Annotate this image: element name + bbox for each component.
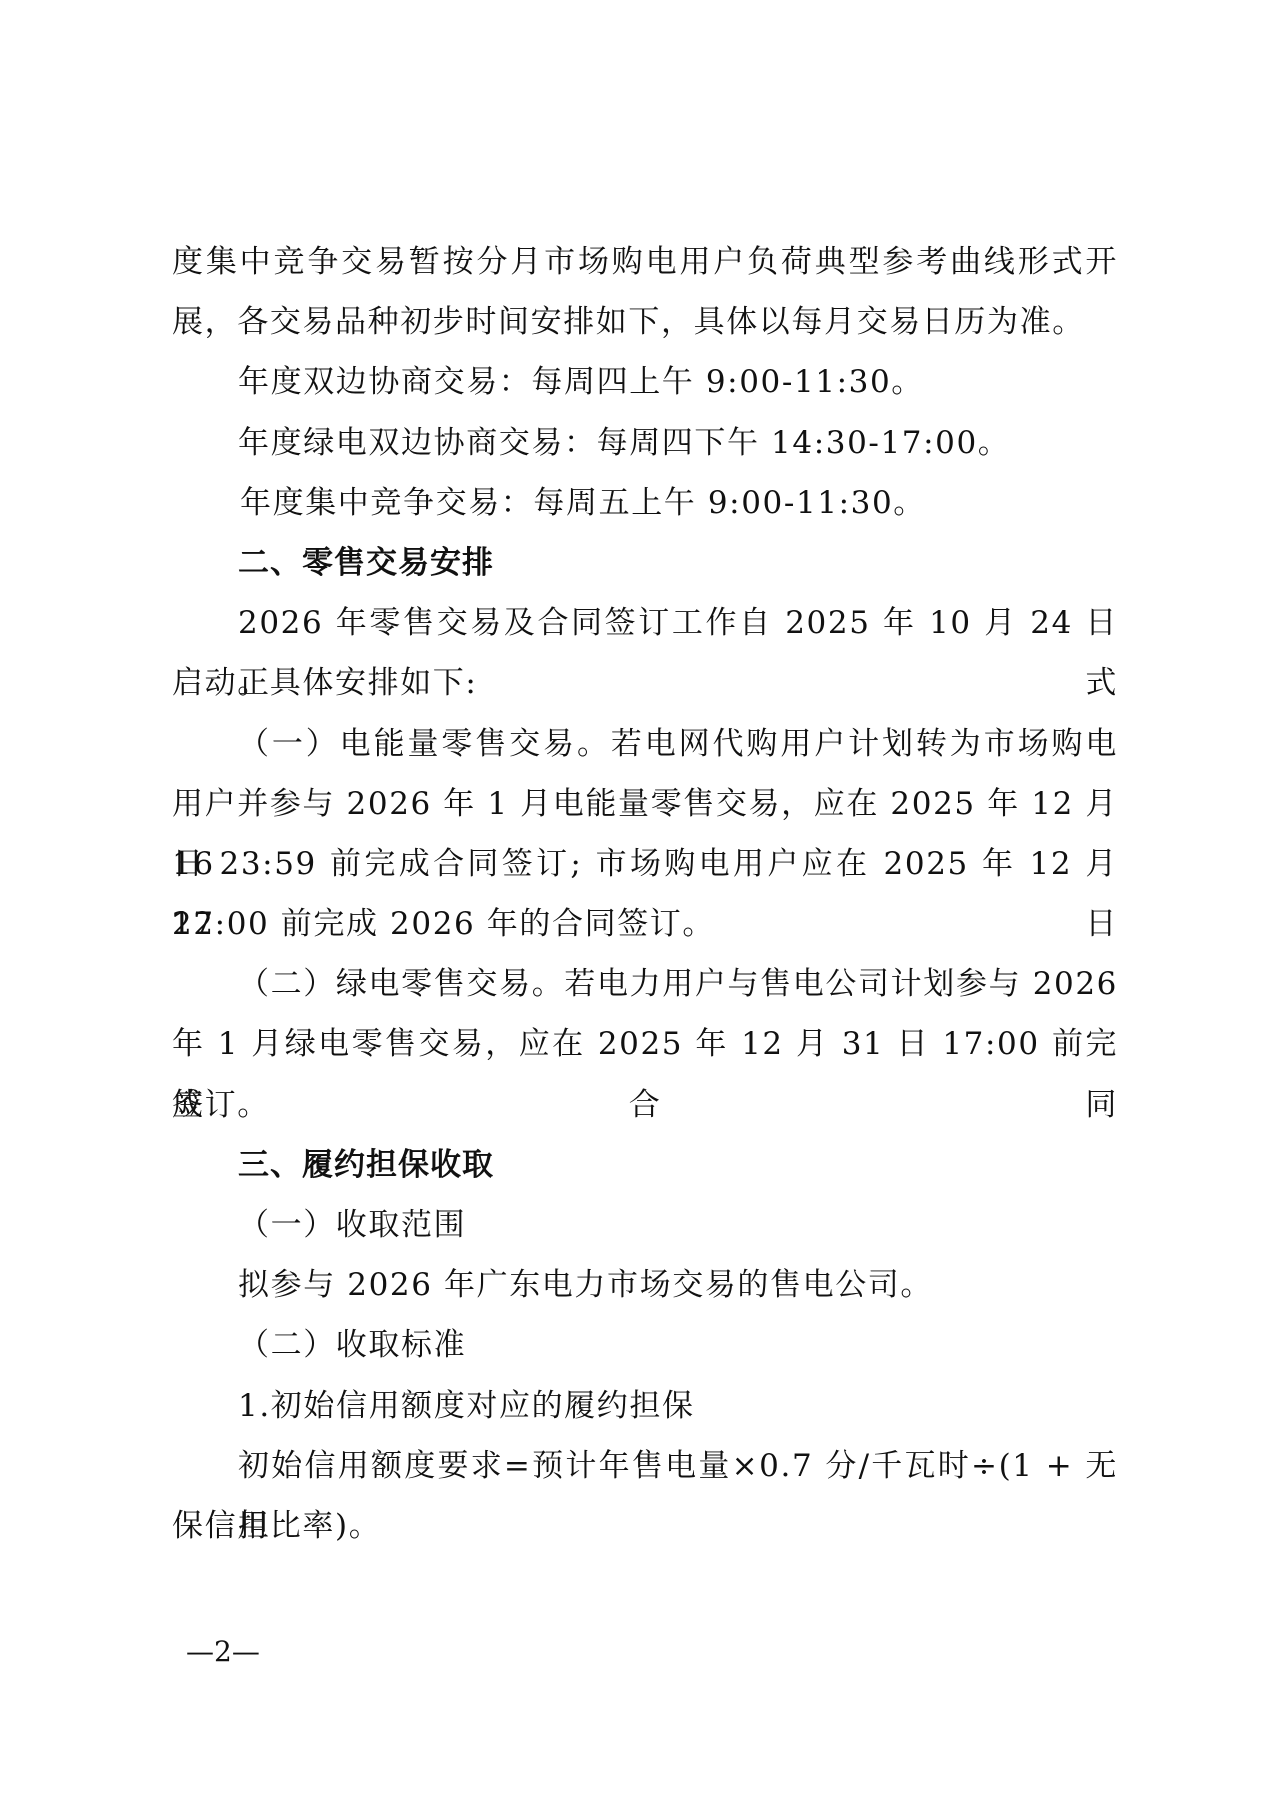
section-heading-retail-trading: 二、零售交易安排 [172,533,1118,593]
item-heading-initial-credit: 1.初始信用额度对应的履约担保 [172,1376,1118,1436]
paragraph-line-credit-formula: 初始信用额度要求=预计年售电量×0.7 分/千瓦时÷(1 + 无担 [172,1436,1118,1496]
paragraph-line-green-retail-cont-1: 年 1 月绿电零售交易，应在 2025 年 12 月 31 日 17:00 前完… [172,1014,1118,1074]
paragraph-line-energy-retail: （一）电能量零售交易。若电网代购用户计划转为市场购电 [172,714,1118,774]
subsection-heading-collection-scope: （一）收取范围 [172,1195,1118,1255]
schedule-annual-green-bilateral: 年度绿电双边协商交易：每周四下午 14:30-17:00。 [172,413,1118,473]
paragraph-line-energy-retail-cont-2: 日 23:59 前完成合同签订; 市场购电用户应在 2025 年 12 月 22… [172,834,1118,894]
paragraph-line-green-retail: （二）绿电零售交易。若电力用户与售电公司计划参与 2026 [172,954,1118,1014]
schedule-annual-centralized: 年度集中竞争交易：每周五上午 9:00-11:30。 [172,473,1118,533]
section-heading-performance-guarantee: 三、履约担保收取 [172,1135,1118,1195]
paragraph-line-credit-formula-cont: 保信用比率)。 [172,1496,1118,1556]
paragraph-line-trading-curve: 度集中竞争交易暂按分月市场购电用户负荷典型参考曲线形式开 [172,232,1118,292]
page-number: —2— [186,1634,260,1670]
document-body: 度集中竞争交易暂按分月市场购电用户负荷典型参考曲线形式开 展，各交易品种初步时间… [172,232,1118,1556]
paragraph-line-collection-scope: 拟参与 2026 年广东电力市场交易的售电公司。 [172,1255,1118,1315]
paragraph-line-schedule-note: 展，各交易品种初步时间安排如下，具体以每月交易日历为准。 [172,292,1118,352]
document-page: 度集中竞争交易暂按分月市场购电用户负荷典型参考曲线形式开 展，各交易品种初步时间… [0,0,1280,1810]
paragraph-line-energy-retail-cont-1: 用户并参与 2026 年 1 月电能量零售交易，应在 2025 年 12 月 1… [172,774,1118,834]
subsection-heading-collection-standard: （二）收取标准 [172,1315,1118,1375]
schedule-annual-bilateral: 年度双边协商交易：每周四上午 9:00-11:30。 [172,352,1118,412]
paragraph-line-retail-start: 2026 年零售交易及合同签订工作自 2025 年 10 月 24 日正式 [172,593,1118,653]
